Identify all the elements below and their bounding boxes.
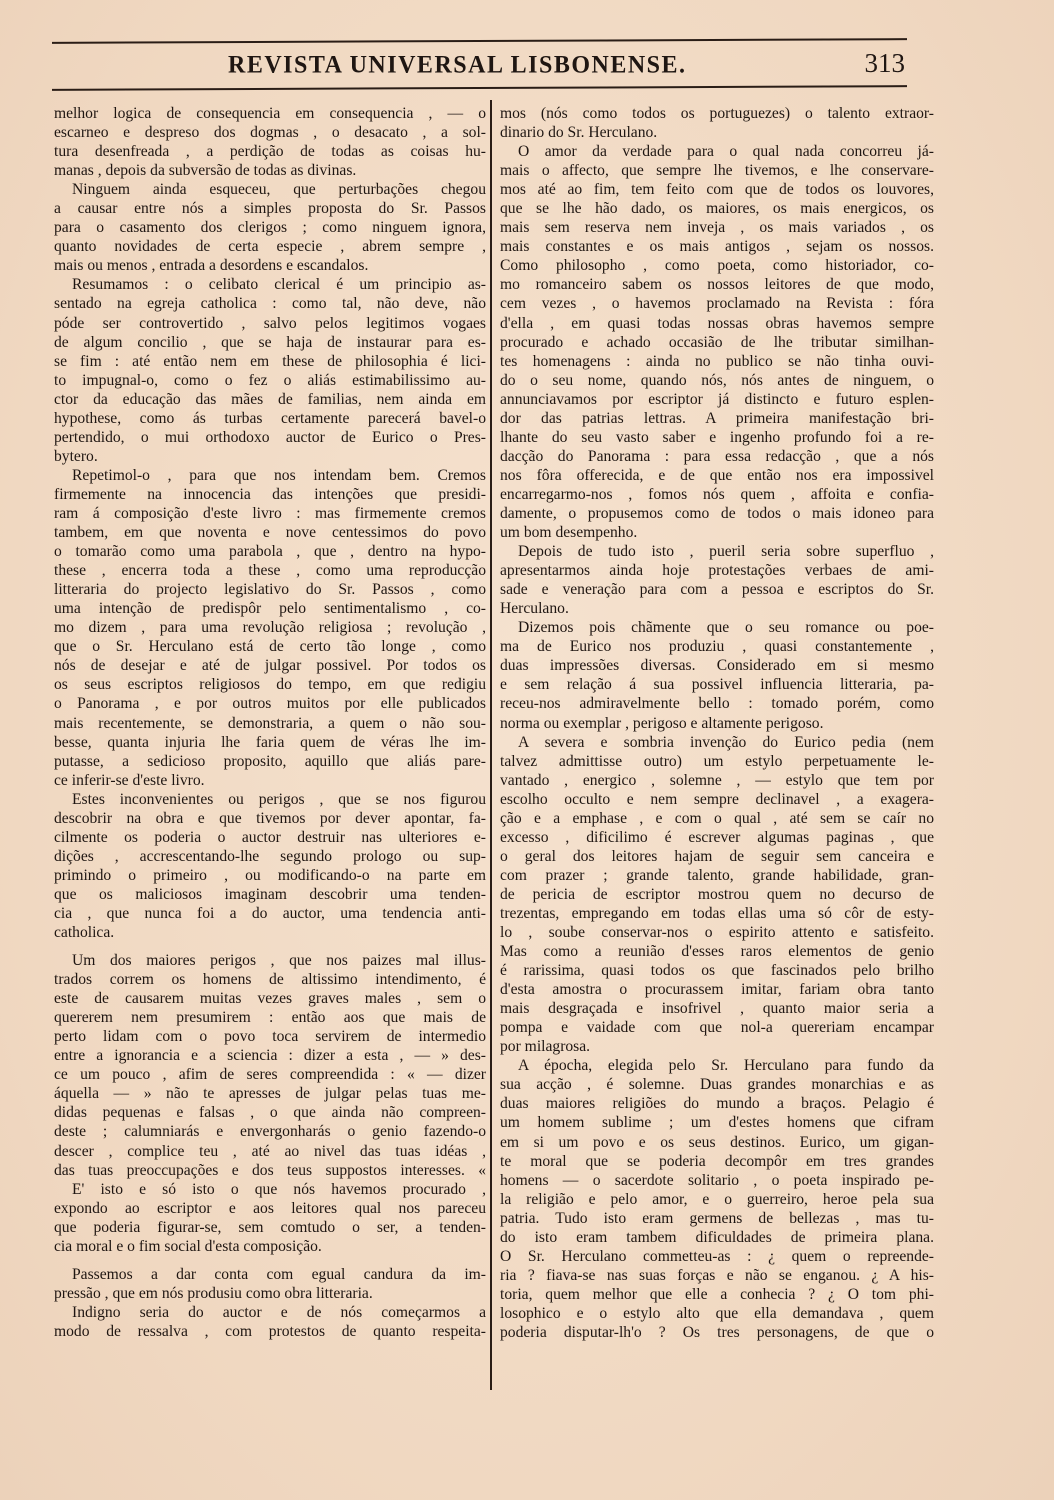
text-line: sade e veneração para com a pessoa e esc… [500, 580, 934, 599]
right-column: mos (nós como todos os portuguezes) o ta… [500, 104, 934, 1342]
text-line: por milagrosa. [500, 1037, 934, 1056]
text-line: ção e a emphase , e com o qual , até sem… [500, 809, 934, 828]
text-line: os seus escriptos religiosos do tempo, e… [54, 675, 486, 694]
text-line: homens — o sacerdote solitario , o poeta… [500, 1171, 934, 1190]
text-line: Repetimol-o , para que nos intendam bem.… [54, 466, 486, 485]
text-line: se fim : até então nem em these de philo… [54, 352, 486, 371]
text-line: mais desgraçada e insofrivel , quanto ma… [500, 999, 934, 1018]
text-line: receu-nos admiravelmente bello : tomado … [500, 694, 934, 713]
text-line: A severa e sombria invenção do Eurico pe… [500, 733, 934, 752]
text-line: ctor da educação das mães de familias, n… [54, 390, 486, 409]
text-line: um bom desempenho. [500, 523, 934, 542]
text-line: que o Sr. Herculano está de certo tão lo… [54, 637, 486, 656]
text-line: com prazer ; grande talento, grande habi… [500, 866, 934, 885]
text-line: de algum concilio , que se haja de insta… [54, 333, 486, 352]
text-line: dor das patrias lettras. A primeira mani… [500, 409, 934, 428]
text-line: ria ? fiava-se nas suas forças e não se … [500, 1266, 934, 1285]
text-line: mais o affecto, que sempre lhe tivemos, … [500, 161, 934, 180]
text-line: didas pequenas e falsas , o que ainda nã… [54, 1103, 486, 1122]
text-line: escolho occulto e nem sempre declinavel … [500, 790, 934, 809]
journal-title: REVISTA UNIVERSAL LISBONENSE. [228, 51, 687, 79]
text-line: catholica. [54, 923, 486, 942]
text-line: expondo ao escriptor e aos leitores qual… [54, 1199, 486, 1218]
text-line: Como philosopho , como poeta, como histo… [500, 256, 934, 275]
text-line: do isto eram tambem dificuldades de prim… [500, 1228, 934, 1247]
text-line: d'ella , em quasi todas nossas obras hav… [500, 314, 934, 333]
text-line: Um dos maiores perigos , que nos paizes … [54, 951, 486, 970]
text-line: Indigno seria do auctor e de nós começar… [54, 1303, 486, 1322]
paragraph-gap [54, 1256, 486, 1265]
text-line: cia moral e o fim social d'esta composiç… [54, 1237, 486, 1256]
text-line: O amor da verdade para o qual nada conco… [500, 142, 934, 161]
page-number: 313 [865, 48, 906, 79]
text-line: áquella — » não te apresses de julgar pe… [54, 1084, 486, 1103]
text-line: talvez admittisse outro) um estylo perpe… [500, 752, 934, 771]
text-line: melhor logica de consequencia em consequ… [54, 104, 486, 123]
text-line: firmemente na innocencia das intenções q… [54, 485, 486, 504]
text-line: dacção do Panorama : para essa redacção … [500, 447, 934, 466]
text-line: para o casamento dos clerigos ; como nin… [54, 218, 486, 237]
text-line: Depois de tudo isto , pueril seria sobre… [500, 542, 934, 561]
text-line: to impugnal-o, como o fez o aliás estima… [54, 371, 486, 390]
text-line: e sem relação á sua possivel influencia … [500, 675, 934, 694]
text-line: damente, o propusemos como de todos o ma… [500, 504, 934, 523]
text-line: pressão , que em nós produsiu como obra … [54, 1284, 486, 1303]
text-line: mais recentemente, se demonstraria, a qu… [54, 714, 486, 733]
paragraph-gap [54, 942, 486, 951]
text-line: sua acção , é solemne. Duas grandes mona… [500, 1075, 934, 1094]
text-line: cia , que nunca foi a do auctor, uma ten… [54, 904, 486, 923]
text-line: descer , complice teu , até ao nivel das… [54, 1142, 486, 1161]
text-line: patria. Tudo isto eram germens de bellez… [500, 1209, 934, 1228]
text-line: lhante do seu vasto saber e ingenho prof… [500, 428, 934, 447]
text-line: do o seu nome, quando nós, nós antes de … [500, 371, 934, 390]
text-line: duas impressões diversas. Considerado em… [500, 656, 934, 675]
text-line: te moral que se poderia decompôr em tres… [500, 1152, 934, 1171]
text-line: la religião e pelo amor, e o guerreiro, … [500, 1190, 934, 1209]
text-line: excesso , dificilimo é escrever algumas … [500, 828, 934, 847]
left-column: melhor logica de consequencia em consequ… [54, 104, 486, 1341]
text-line: dições , accrescentando-lhe segundo prol… [54, 847, 486, 866]
text-line: o Panorama , e por outros muitos por ell… [54, 694, 486, 713]
text-line: tura desenfreada , a perdição de todas a… [54, 142, 486, 161]
text-line: cem vezes , o havemos proclamado na Revi… [500, 294, 934, 313]
text-line: póde ser controvertido , salvo pelos leg… [54, 314, 486, 333]
text-line: quanto novidades de certa especie , abre… [54, 237, 486, 256]
text-line: E' isto e só isto o que nós havemos proc… [54, 1180, 486, 1199]
text-line: mo dizem , para uma revolução religiosa … [54, 618, 486, 637]
text-line: ce um pouco , afim de seres compreendida… [54, 1065, 486, 1084]
text-line: trados correm os homens de altissimo int… [54, 970, 486, 989]
text-line: o geral dos leitores hajam de seguir sem… [500, 847, 934, 866]
text-line: das tuas preoccupações e dos teus suppos… [54, 1161, 486, 1180]
text-line: litteraria do projecto legislativo do Sr… [54, 580, 486, 599]
text-line: lo , soube conservar-nos o espirito atte… [500, 923, 934, 942]
text-line: modo de ressalva , com protestos de quan… [54, 1322, 486, 1341]
text-line: primindo o primeiro , ou modificando-o n… [54, 866, 486, 885]
text-line: pertendido, o mui orthodoxo auctor de Eu… [54, 428, 486, 447]
text-line: cilmente os poderia o auctor destruir na… [54, 828, 486, 847]
text-line: mos (nós como todos os portuguezes) o ta… [500, 104, 934, 123]
text-line: um homem sublime ; um d'estes homens que… [500, 1113, 934, 1132]
text-line: é rarissima, quasi todos os que fascinad… [500, 961, 934, 980]
text-line: escarneo e despreso dos dogmas , o desac… [54, 123, 486, 142]
text-line: besse, quanta injuria lhe faria quem de … [54, 733, 486, 752]
text-line: que poderia figurar-se, sem comtudo o se… [54, 1218, 486, 1237]
text-line: Herculano. [500, 599, 934, 618]
text-line: mais sem reserva nem inveja , os mais va… [500, 218, 934, 237]
text-line: annunciavamos por escriptor já distincto… [500, 390, 934, 409]
text-line: mais constantes e os mais antigos , seja… [500, 237, 934, 256]
text-line: Mas como a reunião d'esses raros element… [500, 942, 934, 961]
text-line: hypothese, como ás turbas certamente par… [54, 409, 486, 428]
text-line: nos fôra offerecida, e de que então nos … [500, 466, 934, 485]
text-line: Resumamos : o celibato clerical é um pri… [54, 275, 486, 294]
text-line: A épocha, elegida pelo Sr. Herculano par… [500, 1056, 934, 1075]
text-line: o tomarão como uma parabola , que , dent… [54, 542, 486, 561]
text-line: este de causarem muitas vezes graves mal… [54, 989, 486, 1008]
column-divider [490, 100, 492, 1390]
text-line: duas maiores religiões do mundo a braços… [500, 1094, 934, 1113]
text-line: a causar entre nós a simples proposta do… [54, 199, 486, 218]
text-line: mo romanceiro sabem os nossos leitores d… [500, 275, 934, 294]
text-line: quererem nem presumirem : então aos que … [54, 1008, 486, 1027]
text-line: d'esta amostra o procurassem imitar, far… [500, 980, 934, 999]
text-line: pompa e vaidade com que nol-a quereriam … [500, 1018, 934, 1037]
text-line: norma ou exemplar , perigoso e altamente… [500, 714, 934, 733]
text-line: Ninguem ainda esqueceu, que perturbações… [54, 180, 486, 199]
text-line: toria, quem melhor que elle a conhecia ?… [500, 1285, 934, 1304]
text-line: entre a ignorancia e a sciencia : dizer … [54, 1046, 486, 1065]
text-line: manas , depois da subversão de todas as … [54, 161, 486, 180]
text-line: Estes inconvenientes ou perigos , que se… [54, 790, 486, 809]
text-line: ma de Eurico nos produziu , quasi consta… [500, 637, 934, 656]
text-line: putasse, a sedicioso proposito, aquillo … [54, 752, 486, 771]
running-header: REVISTA UNIVERSAL LISBONENSE. 313 [52, 48, 907, 84]
text-line: tes homenagens : ainda no publico se não… [500, 352, 934, 371]
text-line: bytero. [54, 447, 486, 466]
text-line: de pericia de escriptor mostrou quem no … [500, 885, 934, 904]
text-line: perto lidam com o povo toca servirem de … [54, 1027, 486, 1046]
text-line: em si um povo e os seus destinos. Eurico… [500, 1133, 934, 1152]
text-line: Passemos a dar conta com egual candura d… [54, 1265, 486, 1284]
text-line: descobrir na obra e que tivemos por deve… [54, 809, 486, 828]
text-line: ram á composição d'este livro : mas firm… [54, 504, 486, 523]
text-line: these , encerra toda a these , como uma … [54, 561, 486, 580]
text-line: nós de desejar e até de julgar possivel.… [54, 656, 486, 675]
text-line: vantado , energico , solemne , — estylo … [500, 771, 934, 790]
text-line: que se lhe hão dado, os maiores, os mais… [500, 199, 934, 218]
text-line: apresentarmos ainda hoje protestações ve… [500, 561, 934, 580]
text-line: tambem, em que noventa e nove centessimo… [54, 523, 486, 542]
text-line: trezentas, empregando em todas ellas uma… [500, 904, 934, 923]
text-line: deste ; calumniarás e envergonharás o ge… [54, 1122, 486, 1141]
text-line: mais ou menos , entrada a desordens e es… [54, 256, 486, 275]
text-line: ce inferir-se d'este livro. [54, 771, 486, 790]
text-line: O Sr. Herculano commetteu-as : ¿ quem o … [500, 1247, 934, 1266]
text-line: procurado e achado occasião de lhe tribu… [500, 333, 934, 352]
text-line: que os maliciosos imaginam descobrir uma… [54, 885, 486, 904]
text-line: Dizemos pois chãmente que o seu romance … [500, 618, 934, 637]
text-line: mos até ao fim, tem feito com que de tod… [500, 180, 934, 199]
text-line: losophico e o estylo alto que ella deman… [500, 1304, 934, 1323]
text-line: poderia disputar-lh'o ? Os tres personag… [500, 1323, 934, 1342]
text-line: sentado na egreja catholica : como tal, … [54, 294, 486, 313]
text-line: encarregarmo-nos , fomos nós quem , affo… [500, 485, 934, 504]
text-line: uma intenção de predispôr pelo sentiment… [54, 599, 486, 618]
text-line: dinario do Sr. Herculano. [500, 123, 934, 142]
